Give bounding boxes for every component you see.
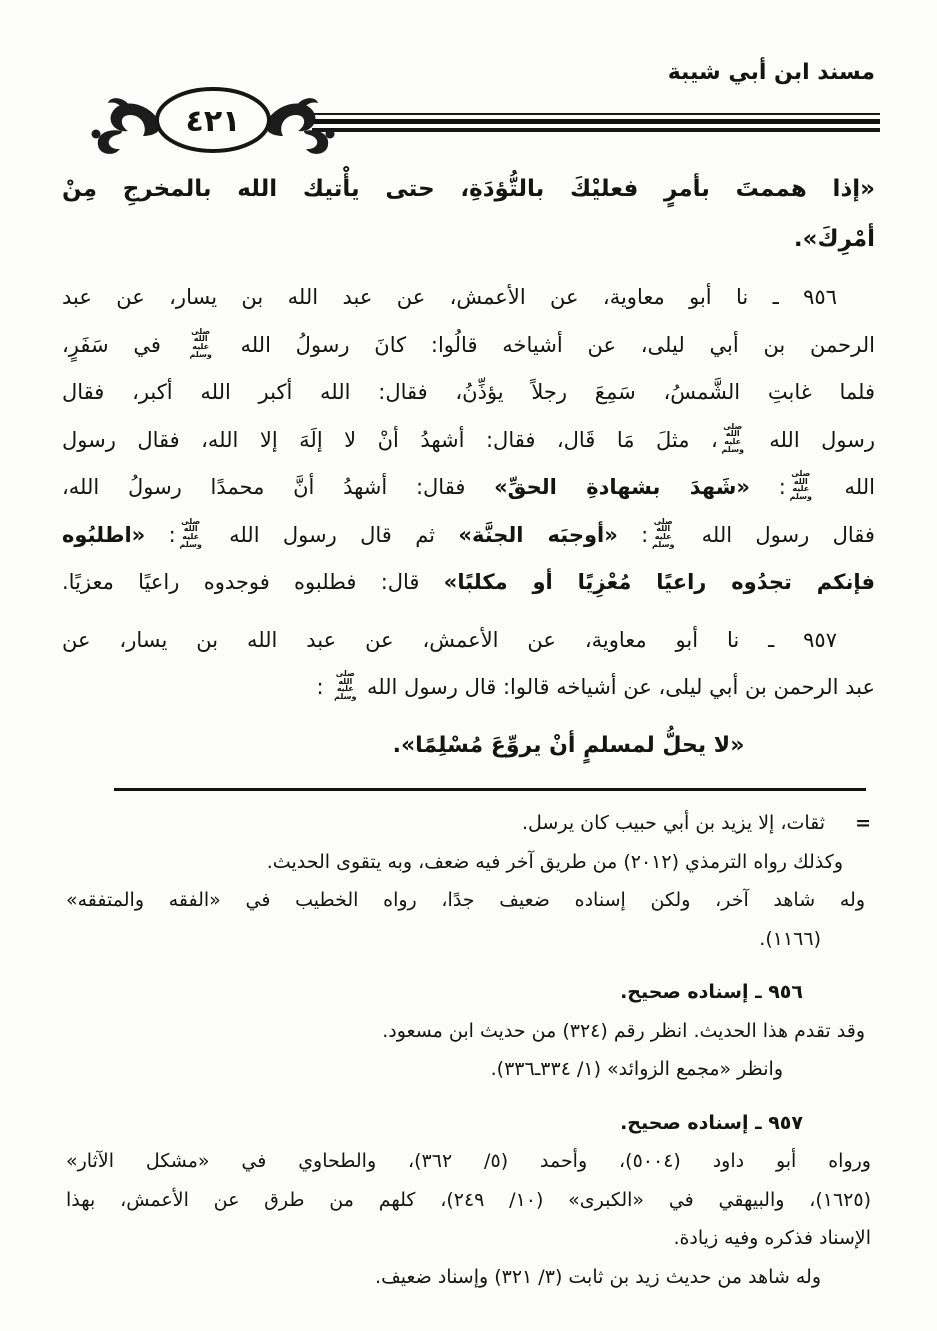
- footnote-line: وانظر «مجمع الزوائد» (١/ ٣٣٤ـ٣٣٦).: [66, 1050, 871, 1089]
- footnote-text: ثقات، إلا يزيد بن أبي حبيب كان يرسل.: [522, 812, 825, 834]
- text-segment: ٩٥٧ ـ نا أبو معاوية، عن الأعمش، عن عبد ا…: [62, 628, 837, 652]
- hadith-957-line: عبد الرحمن بن أبي ليلى، عن أشياخه قالوا:…: [62, 664, 875, 712]
- text-segment: :: [750, 475, 786, 499]
- hadith-956-line: الله صلى الله عليه وسلم: «شَهدَ بشهادةِ …: [62, 464, 875, 512]
- page-number: ٤٢١: [186, 104, 241, 139]
- footnote-text: وقد تقدم هذا الحديث. انظر رقم (٣٢٤) من ح…: [382, 1020, 865, 1042]
- text-segment: قال: فطلبوه فوجدوه راعيًا معزيًا.: [62, 570, 444, 594]
- footnote-text: وله شاهد آخر، ولكن إسناده ضعيف جدًا، روا…: [66, 889, 865, 911]
- main-text: «إذا هممتَ بأمرٍ فعليْكَ بالتُّؤدَةِ، حت…: [62, 164, 875, 769]
- rule-line: [312, 119, 880, 124]
- pbuh-symbol-icon: صلى الله عليه وسلم: [330, 670, 360, 700]
- rule-line: [312, 113, 880, 115]
- footnote-text: (١٦٢٥)، والبيهقي في «الكبرى» (١٠/ ٢٤٩)، …: [66, 1189, 871, 1211]
- footnote-line: وله شاهد آخر، ولكن إسناده ضعيف جدًا، روا…: [66, 881, 871, 920]
- book-title: مسند ابن أبي شيبة: [668, 60, 875, 85]
- book-page: مسند ابن أبي شيبة ٤٢١ «إذا هم: [0, 0, 937, 1331]
- hadith-matn-continued: «إذا هممتَ بأمرٍ فعليْكَ بالتُّؤدَةِ، حت…: [62, 164, 875, 264]
- hadith-957: ٩٥٧ ـ نا أبو معاوية، عن الأعمش، عن عبد ا…: [62, 617, 875, 712]
- text-segment: ، مثلَ مَا قَال، فقال: أشهدُ أنْ لا إلَه…: [62, 428, 718, 452]
- footnote-entry-957: ٩٥٧ ـ إسناده صحيح.: [66, 1104, 871, 1143]
- ribbon-ornament-right: [265, 98, 334, 154]
- footnote-line: وقد تقدم هذا الحديث. انظر رقم (٣٢٤) من ح…: [66, 1012, 871, 1051]
- footnote-continuation-line: =ثقات، إلا يزيد بن أبي حبيب كان يرسل.: [66, 804, 871, 843]
- hadith-956-line: فلما غابتِ الشَّمسُ، سَمِعَ رجلاً يؤذِّن…: [62, 369, 875, 417]
- hadith-956-line: ٩٥٦ ـ نا أبو معاوية، عن الأعمش، عن عبد ا…: [62, 274, 875, 322]
- footnote-line: وله شاهد من حديث زيد بن ثابت (٣/ ٣٢١) وإ…: [66, 1258, 871, 1297]
- pbuh-symbol-icon: صلى الله عليه وسلم: [786, 470, 816, 500]
- text-segment: :: [618, 523, 648, 547]
- footnote-line: (١٦٢٥)، والبيهقي في «الكبرى» (١٠/ ٢٤٩)، …: [66, 1181, 871, 1220]
- ribbon-ornament-left: [92, 98, 161, 154]
- footnote-text: وكذلك رواه الترمذي (٢٠١٢) من طريق آخر في…: [267, 851, 843, 873]
- text-segment: «إذا هممتَ بأمرٍ فعليْكَ بالتُّؤدَةِ، حت…: [62, 176, 875, 202]
- hadith-957-line: ٩٥٧ ـ نا أبو معاوية، عن الأعمش، عن عبد ا…: [62, 617, 875, 665]
- matn-line: «إذا هممتَ بأمرٍ فعليْكَ بالتُّؤدَةِ، حت…: [62, 164, 875, 214]
- footnote-line: وكذلك رواه الترمذي (٢٠١٢) من طريق آخر في…: [66, 843, 871, 882]
- matn-bold-segment: «أوجبَه الجنَّة»: [458, 523, 617, 547]
- rule-line: [312, 128, 880, 132]
- text-segment: فلما غابتِ الشَّمسُ، سَمِعَ رجلاً يؤذِّن…: [62, 380, 875, 404]
- matn-bold-segment: «لا يحلُّ لمسلمٍ أنْ يروِّعَ مُسْلِمًا».: [393, 733, 745, 758]
- matn-bold-segment: «اطلبُوه: [62, 523, 145, 547]
- page-number-ornament: ٤٢١: [86, 76, 340, 162]
- hadith-956-line: فإنكم تجدُوه راعيًا مُعْزِيًا أو مكلبًا»…: [62, 559, 875, 607]
- text-segment: رسول الله: [748, 428, 875, 452]
- text-segment: ثم قال رسول الله: [206, 523, 459, 547]
- footnote-line: ورواه أبو داود (٥٠٠٤)، وأحمد (٥/ ٣٦٢)، و…: [66, 1142, 871, 1181]
- text-segment: الله: [816, 475, 875, 499]
- pbuh-symbol-icon: صلى الله عليه وسلم: [718, 423, 748, 453]
- footnote-line: الإسناد فذكره وفيه زيادة.: [66, 1219, 871, 1258]
- text-segment: :: [317, 675, 331, 699]
- text-segment: في سَفَرٍ،: [62, 333, 186, 357]
- footnote-text: وله شاهد من حديث زيد بن ثابت (٣/ ٣٢١) وإ…: [375, 1266, 821, 1288]
- pbuh-symbol-icon: صلى الله عليه وسلم: [176, 518, 206, 548]
- hadith-956-line: الرحمن بن أبي ليلى، عن أشياخه قالُوا: كا…: [62, 322, 875, 370]
- footnote-text: (١١٦٦).: [759, 928, 821, 950]
- footnotes: =ثقات، إلا يزيد بن أبي حبيب كان يرسل. وك…: [66, 804, 871, 1296]
- footnote-text: وانظر «مجمع الزوائد» (١/ ٣٣٤ـ٣٣٦).: [491, 1058, 783, 1080]
- footnote-line: (١١٦٦).: [66, 920, 871, 959]
- footnote-separator-rule: [114, 788, 866, 791]
- hadith-956: ٩٥٦ ـ نا أبو معاوية، عن الأعمش، عن عبد ا…: [62, 274, 875, 607]
- continuation-marker: =: [855, 812, 871, 834]
- header-triple-rule: [312, 113, 880, 132]
- text-segment: :: [145, 523, 175, 547]
- text-segment: عبد الرحمن بن أبي ليلى، عن أشياخه قالوا:…: [360, 675, 875, 699]
- matn-bold-segment: فإنكم تجدُوه راعيًا مُعْزِيًا أو مكلبًا»: [444, 570, 875, 594]
- text-segment: أمْرِكَ».: [794, 226, 875, 252]
- footnote-entry-956: ٩٥٦ ـ إسناده صحيح.: [66, 973, 871, 1012]
- text-segment: فقال: أشهدُ أنَّ محمدًا رسولُ الله،: [62, 475, 494, 499]
- text-segment: ٩٥٦ ـ نا أبو معاوية، عن الأعمش، عن عبد ا…: [62, 285, 837, 309]
- matn-line: أمْرِكَ».: [62, 214, 875, 264]
- footnote-text: ورواه أبو داود (٥٠٠٤)، وأحمد (٥/ ٣٦٢)، و…: [66, 1150, 871, 1172]
- footnote-grade: ٩٥٧ ـ إسناده صحيح.: [620, 1112, 803, 1134]
- text-segment: فقال رسول الله: [678, 523, 875, 547]
- hadith-956-line: فقال رسول الله صلى الله عليه وسلم: «أوجب…: [62, 512, 875, 560]
- footnote-grade: ٩٥٦ ـ إسناده صحيح.: [620, 981, 803, 1003]
- footnote-text: الإسناد فذكره وفيه زيادة.: [673, 1227, 871, 1249]
- pbuh-symbol-icon: صلى الله عليه وسلم: [186, 328, 216, 358]
- pbuh-symbol-icon: صلى الله عليه وسلم: [648, 518, 678, 548]
- matn-bold-segment: «شَهدَ بشهادةِ الحقِّ»: [494, 475, 750, 499]
- hadith-957-matn: «لا يحلُّ لمسلمٍ أنْ يروِّعَ مُسْلِمًا».: [62, 722, 875, 770]
- hadith-956-line: رسول الله صلى الله عليه وسلم، مثلَ مَا ق…: [62, 417, 875, 465]
- text-segment: الرحمن بن أبي ليلى، عن أشياخه قالُوا: كا…: [216, 333, 875, 357]
